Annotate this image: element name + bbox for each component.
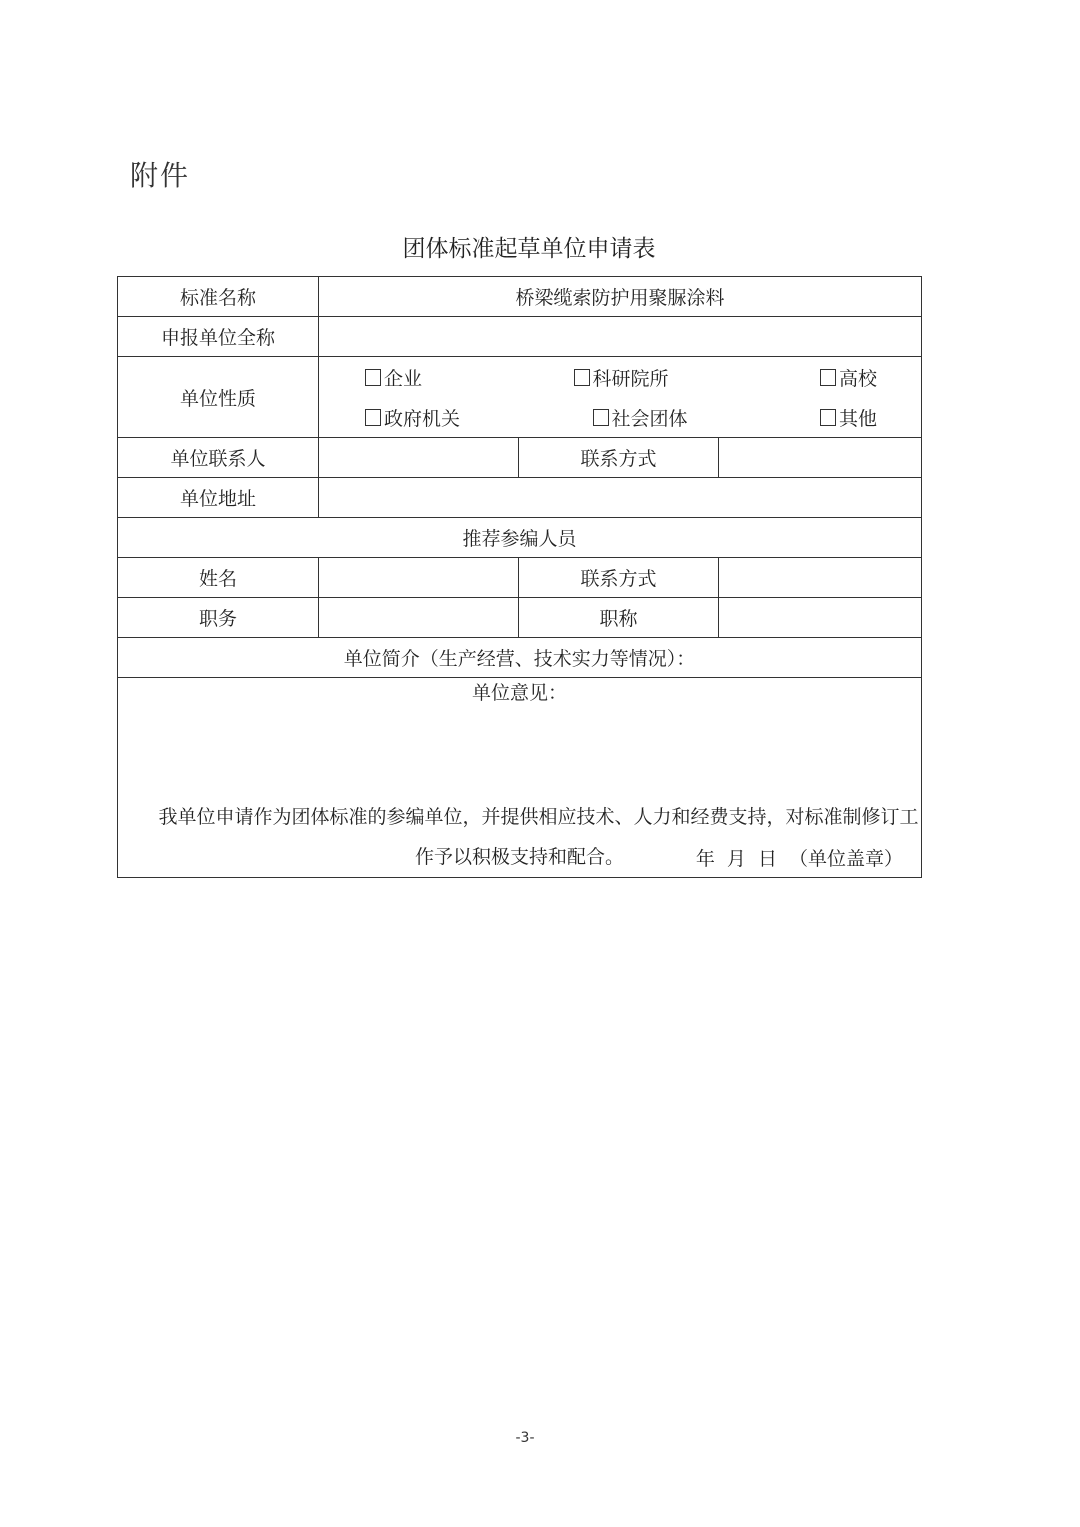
field-applicant-full-name[interactable] bbox=[319, 317, 922, 357]
section-recommended-staff: 推荐参编人员 bbox=[118, 518, 922, 558]
field-address[interactable] bbox=[319, 478, 922, 518]
field-staff-contact[interactable] bbox=[719, 558, 922, 598]
checkbox-label: 政府机关 bbox=[384, 404, 460, 431]
label-contact-method: 联系方式 bbox=[519, 438, 719, 478]
row-contact-person: 单位联系人 联系方式 bbox=[118, 438, 922, 478]
field-staff-name[interactable] bbox=[319, 558, 519, 598]
label-address: 单位地址 bbox=[118, 478, 319, 518]
row-unit-nature: 单位性质 企业 科研院所 高校 政府机关 社会团体 其他 bbox=[118, 357, 922, 438]
label-staff-contact: 联系方式 bbox=[519, 558, 719, 598]
checkbox-icon bbox=[574, 369, 590, 386]
application-form-table: 标准名称 桥梁缆索防护用聚脲涂料 申报单位全称 单位性质 企业 科研院所 高校 … bbox=[117, 276, 922, 878]
checkbox-label: 企业 bbox=[384, 364, 422, 391]
checkbox-icon bbox=[820, 409, 836, 426]
checkbox-label: 社会团体 bbox=[612, 404, 688, 431]
checkbox-social-organization[interactable]: 社会团体 bbox=[593, 404, 688, 431]
unit-nature-options: 企业 科研院所 高校 政府机关 社会团体 其他 bbox=[319, 357, 922, 438]
checkbox-label: 其他 bbox=[839, 404, 877, 431]
checkbox-university[interactable]: 高校 bbox=[820, 364, 877, 391]
row-applicant-full-name: 申报单位全称 bbox=[118, 317, 922, 357]
label-unit-opinion: 单位意见： bbox=[118, 678, 921, 705]
label-staff-name: 姓名 bbox=[118, 558, 319, 598]
field-standard-name[interactable]: 桥梁缆索防护用聚脲涂料 bbox=[319, 277, 922, 317]
label-applicant-full-name: 申报单位全称 bbox=[118, 317, 319, 357]
label-staff-position: 职务 bbox=[118, 598, 319, 638]
checkbox-other[interactable]: 其他 bbox=[820, 404, 877, 431]
label-unit-nature: 单位性质 bbox=[118, 357, 319, 438]
checkbox-label: 科研院所 bbox=[593, 364, 669, 391]
row-staff-name: 姓名 联系方式 bbox=[118, 558, 922, 598]
row-staff-position: 职务 职称 bbox=[118, 598, 922, 638]
label-unit-intro: 单位简介（生产经营、技术实力等情况）： bbox=[118, 644, 921, 671]
field-contact-method[interactable] bbox=[719, 438, 922, 478]
form-title: 团体标准起草单位申请表 bbox=[0, 230, 1058, 263]
field-unit-intro[interactable]: 单位简介（生产经营、技术实力等情况）： bbox=[118, 638, 922, 678]
checkbox-icon bbox=[365, 369, 381, 386]
label-contact-person: 单位联系人 bbox=[118, 438, 319, 478]
field-contact-person[interactable] bbox=[319, 438, 519, 478]
row-standard-name: 标准名称 桥梁缆索防护用聚脲涂料 bbox=[118, 277, 922, 317]
checkbox-icon bbox=[593, 409, 609, 426]
field-unit-opinion[interactable]: 单位意见： 我单位申请作为团体标准的参编单位，并提供相应技术、人力和经费支持，对… bbox=[118, 678, 922, 878]
row-recommended-section: 推荐参编人员 bbox=[118, 518, 922, 558]
attachment-label: 附件 bbox=[130, 154, 190, 194]
label-staff-title: 职称 bbox=[519, 598, 719, 638]
field-staff-position[interactable] bbox=[319, 598, 519, 638]
page-number: -3- bbox=[0, 1430, 1050, 1446]
row-opinion: 单位意见： 我单位申请作为团体标准的参编单位，并提供相应技术、人力和经费支持，对… bbox=[118, 678, 922, 878]
checkbox-icon bbox=[365, 409, 381, 426]
row-address: 单位地址 bbox=[118, 478, 922, 518]
checkbox-government[interactable]: 政府机关 bbox=[365, 404, 460, 431]
field-staff-title[interactable] bbox=[719, 598, 922, 638]
row-intro: 单位简介（生产经营、技术实力等情况）： bbox=[118, 638, 922, 678]
checkbox-icon bbox=[820, 369, 836, 386]
checkbox-enterprise[interactable]: 企业 bbox=[365, 364, 422, 391]
label-standard-name: 标准名称 bbox=[118, 277, 319, 317]
checkbox-label: 高校 bbox=[839, 364, 877, 391]
signature-date-line: 年 月 日 （单位盖章） bbox=[696, 844, 903, 871]
checkbox-research-institute[interactable]: 科研院所 bbox=[574, 364, 669, 391]
